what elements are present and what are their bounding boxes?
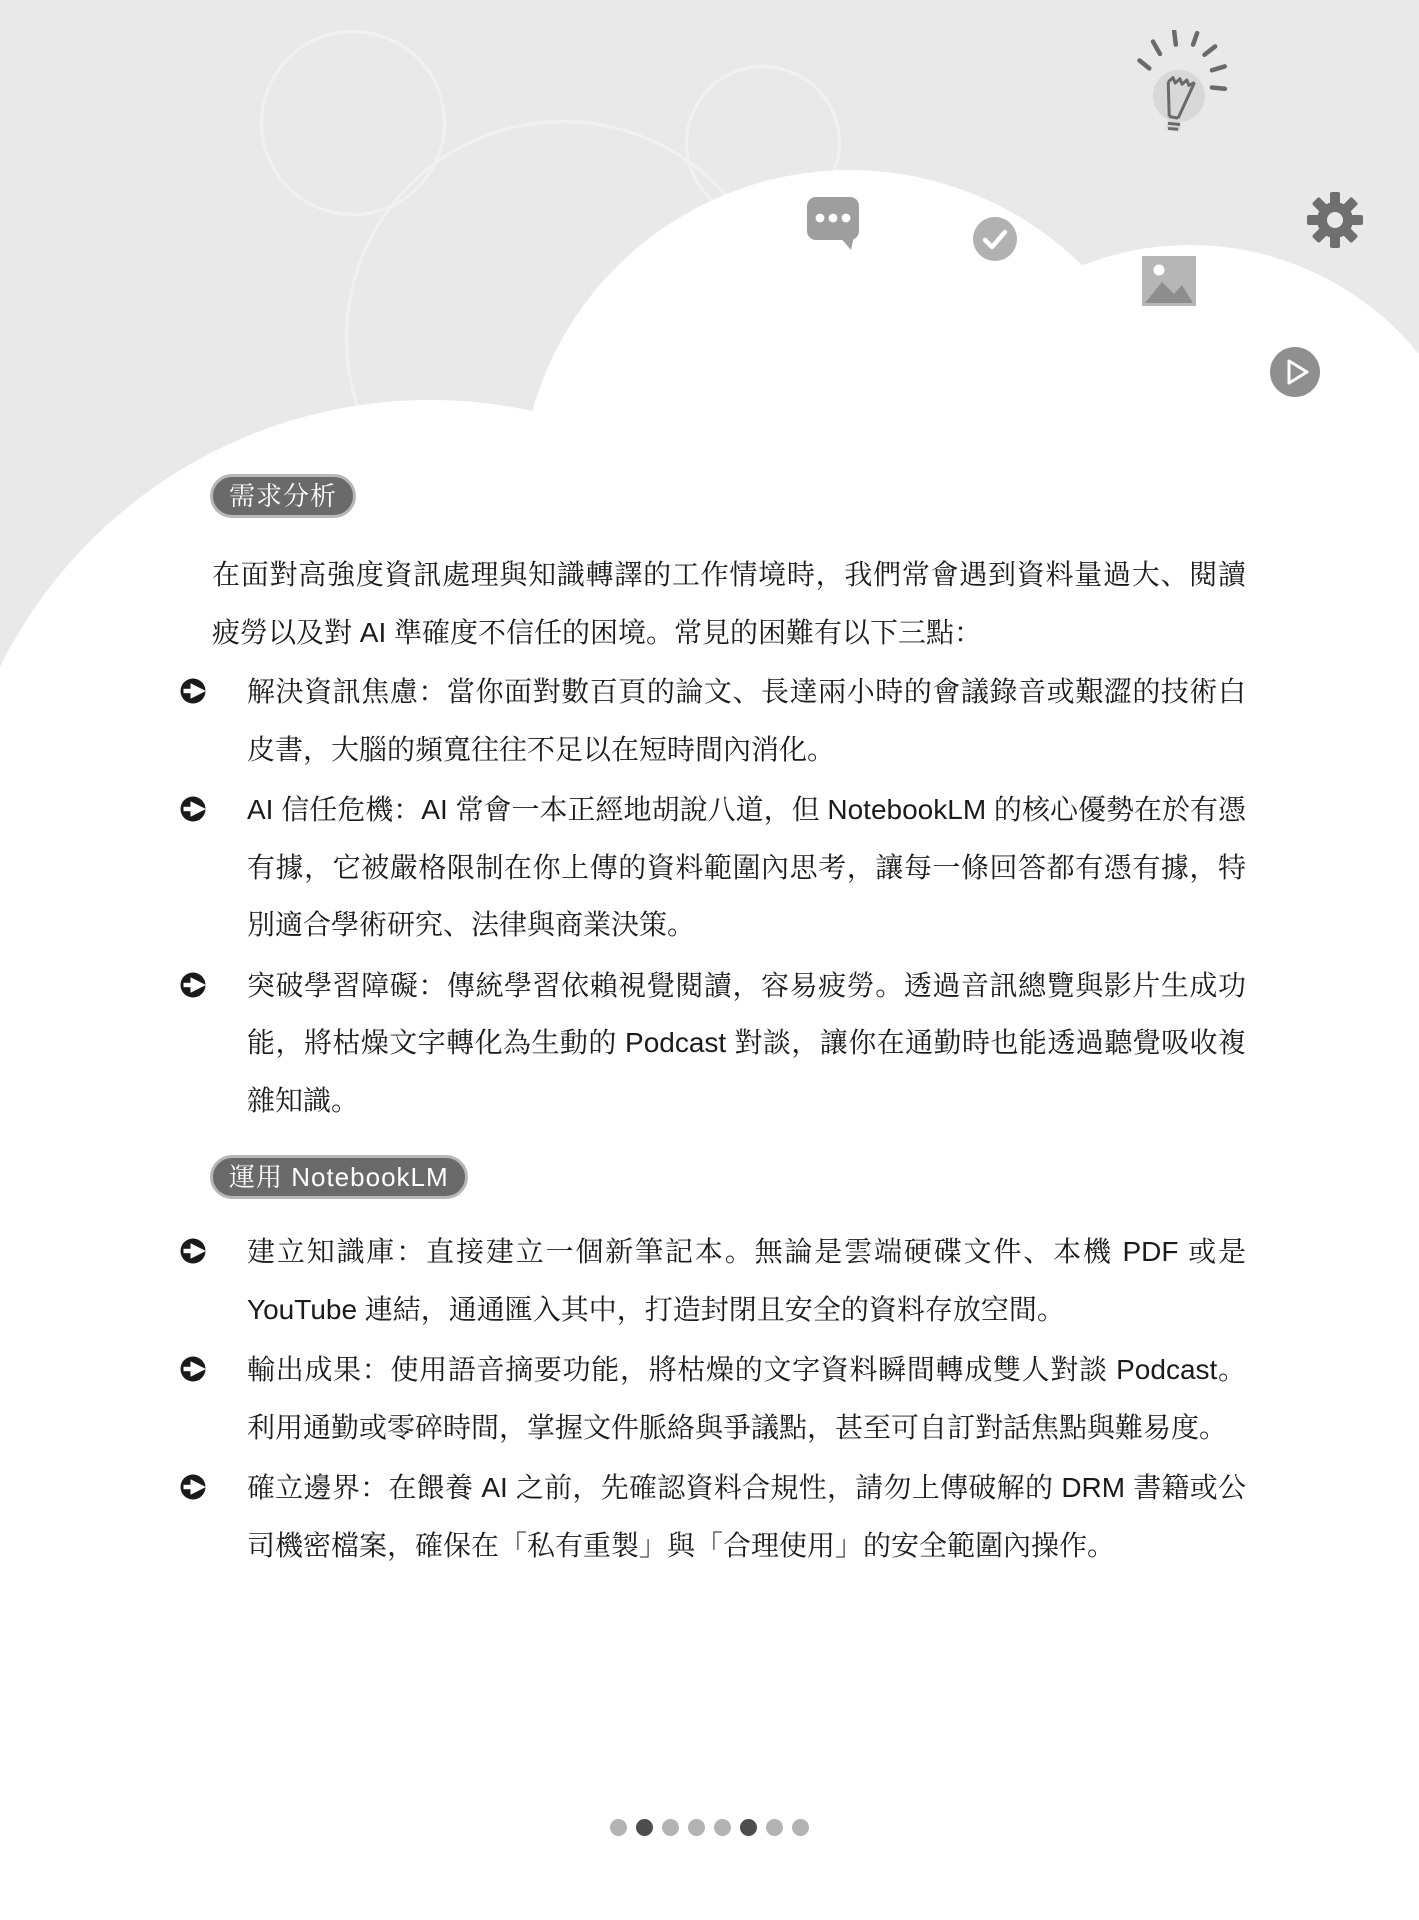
bullet-text: 建立知識庫：直接建立一個新筆記本。無論是雲端硬碟文件、本機 PDF 或是 You… [247, 1223, 1246, 1338]
circled-arrow-bullet-icon [180, 1238, 206, 1264]
circled-arrow-bullet-icon [180, 796, 206, 822]
check-circle-icon [972, 216, 1018, 262]
list-item: 突破學習障礙：傳統學習依賴視覺閱讀，容易疲勞。透過音訊總覽與影片生成功能，將枯燥… [180, 957, 1246, 1130]
pagination-dot [714, 1819, 731, 1836]
intro-paragraph: 在面對高強度資訊處理與知識轉譯的工作情境時，我們常會遇到資料量過大、閱讀疲勞以及… [212, 546, 1246, 661]
lightbulb-icon [1130, 30, 1230, 146]
list-item: 解決資訊焦慮：當你面對數百頁的論文、長達兩小時的會議錄音或艱澀的技術白皮書，大腦… [180, 663, 1246, 778]
circled-arrow-bullet-icon [180, 1474, 206, 1500]
pagination-dot [610, 1819, 627, 1836]
circled-arrow-bullet-icon [180, 1356, 206, 1382]
bullet-text: AI 信任危機：AI 常會一本正經地胡說八道，但 NotebookLM 的核心優… [247, 781, 1246, 954]
needs-bullet-list: 解決資訊焦慮：當你面對數百頁的論文、長達兩小時的會議錄音或艱澀的技術白皮書，大腦… [180, 663, 1246, 1129]
pagination-dot [766, 1819, 783, 1836]
pagination-dot [688, 1819, 705, 1836]
usage-bullet-list: 建立知識庫：直接建立一個新筆記本。無論是雲端硬碟文件、本機 PDF 或是 You… [180, 1223, 1246, 1574]
list-item: 建立知識庫：直接建立一個新筆記本。無論是雲端硬碟文件、本機 PDF 或是 You… [180, 1223, 1246, 1338]
pagination-dot [792, 1819, 809, 1836]
bullet-text: 輸出成果：使用語音摘要功能，將枯燥的文字資料瞬間轉成雙人對談 Podcast。利… [247, 1341, 1246, 1456]
bullet-text: 突破學習障礙：傳統學習依賴視覺閱讀，容易疲勞。透過音訊總覽與影片生成功能，將枯燥… [247, 957, 1246, 1130]
section-badge-use-notebooklm: 運用 NotebookLM [210, 1155, 468, 1199]
pagination-dot-active [740, 1819, 757, 1836]
image-icon [1142, 256, 1196, 306]
page-content: 需求分析 在面對高強度資訊處理與知識轉譯的工作情境時，我們常會遇到資料量過大、閱… [180, 474, 1246, 1574]
list-item: AI 信任危機：AI 常會一本正經地胡說八道，但 NotebookLM 的核心優… [180, 781, 1246, 954]
circled-arrow-bullet-icon [180, 678, 206, 704]
gear-icon [1307, 192, 1363, 248]
play-circle-icon [1269, 346, 1321, 398]
bullet-text: 解決資訊焦慮：當你面對數百頁的論文、長達兩小時的會議錄音或艱澀的技術白皮書，大腦… [247, 663, 1246, 778]
pagination-dot [662, 1819, 679, 1836]
list-item: 確立邊界：在餵養 AI 之前，先確認資料合規性，請勿上傳破解的 DRM 書籍或公… [180, 1459, 1246, 1574]
chat-bubble-icon [806, 196, 864, 254]
pagination-dots [0, 1819, 1419, 1836]
circled-arrow-bullet-icon [180, 972, 206, 998]
list-item: 輸出成果：使用語音摘要功能，將枯燥的文字資料瞬間轉成雙人對談 Podcast。利… [180, 1341, 1246, 1456]
bullet-text: 確立邊界：在餵養 AI 之前，先確認資料合規性，請勿上傳破解的 DRM 書籍或公… [247, 1459, 1246, 1574]
pagination-dot-active [636, 1819, 653, 1836]
section-badge-needs-analysis: 需求分析 [210, 474, 356, 518]
